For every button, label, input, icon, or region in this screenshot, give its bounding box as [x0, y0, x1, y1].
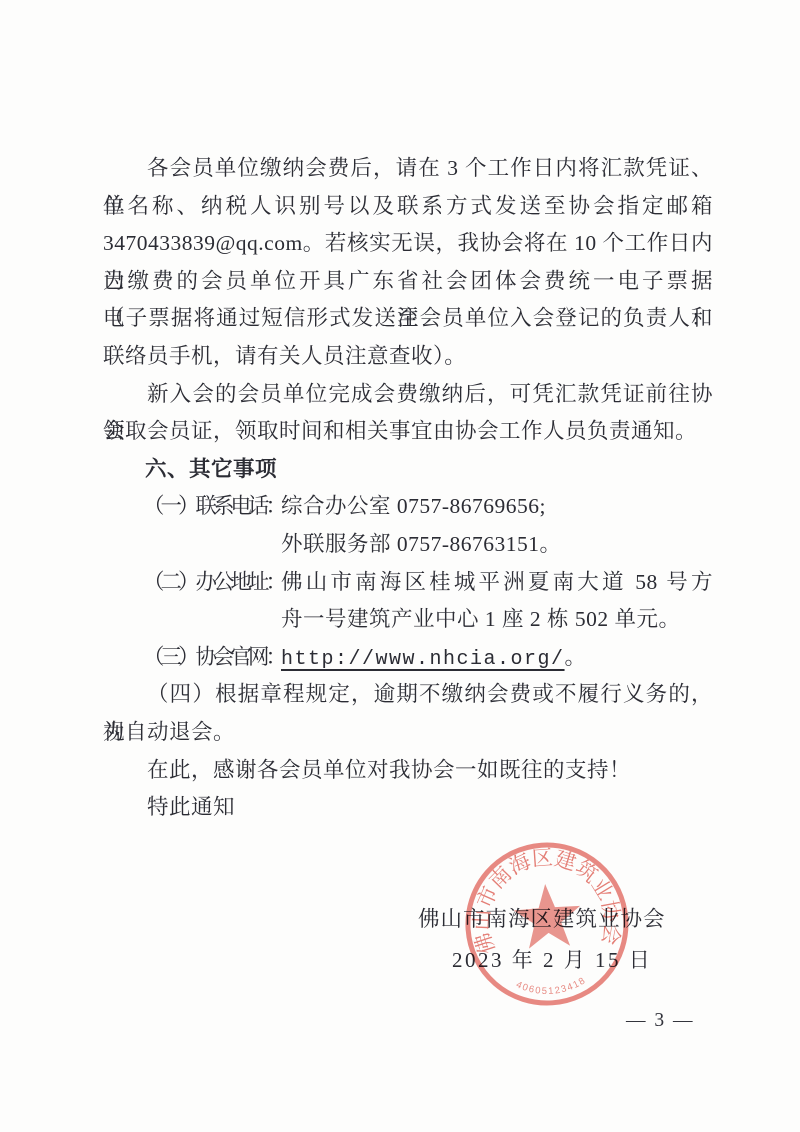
star-icon — [512, 882, 583, 950]
website-url-period: 。 — [565, 645, 587, 669]
website-url[interactable]: http://www.nhcia.org/ — [281, 648, 565, 671]
address-line: 佛山市南海区桂城平洲夏南大道 58 号方 — [281, 564, 713, 602]
website-item: （三）协会官网： http://www.nhcia.org/。 — [103, 639, 713, 677]
paragraph1-line: 3470433839@qq.com。若核实无误，我协会将在 10 个工作日内为 — [103, 225, 713, 263]
rule-line: （四）根据章程规定，逾期不缴纳会费或不履行义务的，视 — [103, 676, 713, 714]
document-body: 各会员单位缴纳会费后，请在 3 个工作日内将汇款凭证、单 位名称、纳税人识别号以… — [103, 150, 713, 827]
paragraph1-line: 已缴费的会员单位开具广东省社会团体会费统一电子票据（注： — [103, 263, 713, 301]
website-item-body: http://www.nhcia.org/。 — [281, 639, 713, 677]
paragraph1-line: 联络员手机，请有关人员注意查收）。 — [103, 338, 713, 376]
phone-item-body: 综合办公室 0757-86769656; 外联服务部 0757-86763151… — [281, 488, 713, 563]
address-item-body: 佛山市南海区桂城平洲夏南大道 58 号方 舟一号建筑产业中心 1 座 2 栋 5… — [281, 564, 713, 639]
section-heading: 六、其它事项 — [103, 451, 713, 489]
website-item-label: （三）协会官网： — [143, 639, 281, 677]
address-line: 舟一号建筑产业中心 1 座 2 栋 502 单元。 — [281, 601, 713, 639]
paragraph2-line: 新入会的会员单位完成会费缴纳后，可凭汇款凭证前往协会 — [103, 376, 713, 414]
page-number: — 3 — — [626, 1010, 695, 1032]
phone-office-general: 综合办公室 0757-86769656; — [281, 488, 713, 526]
office-address-item: （二）办公地址： 佛山市南海区桂城平洲夏南大道 58 号方 舟一号建筑产业中心 … — [103, 564, 713, 639]
paragraph2-line: 领取会员证，领取时间和相关事宜由协会工作人员负责通知。 — [103, 413, 713, 451]
rule-line: 为自动退会。 — [103, 714, 713, 752]
paragraph1-line: 各会员单位缴纳会费后，请在 3 个工作日内将汇款凭证、单 — [103, 150, 713, 188]
document-page: 各会员单位缴纳会费后，请在 3 个工作日内将汇款凭证、单 位名称、纳税人识别号以… — [0, 0, 800, 1132]
phone-item-label: （一）联系电话： — [143, 488, 281, 526]
closing-line: 在此，感谢各会员单位对我协会一如既往的支持！ — [103, 752, 713, 790]
address-item-label: （二）办公地址： — [143, 564, 281, 602]
paragraph1-line: 电子票据将通过短信形式发送至会员单位入会登记的负责人和 — [103, 300, 713, 338]
contact-phone-item: （一）联系电话： 综合办公室 0757-86769656; 外联服务部 0757… — [103, 488, 713, 563]
paragraph1-line: 位名称、纳税人识别号以及联系方式发送至协会指定邮箱 — [103, 188, 713, 226]
phone-office-external: 外联服务部 0757-86763151。 — [281, 526, 713, 564]
notice-line: 特此通知 — [103, 789, 713, 827]
official-seal-stamp: 佛山市南海区建筑业协会 4406051234188 — [455, 833, 639, 1017]
